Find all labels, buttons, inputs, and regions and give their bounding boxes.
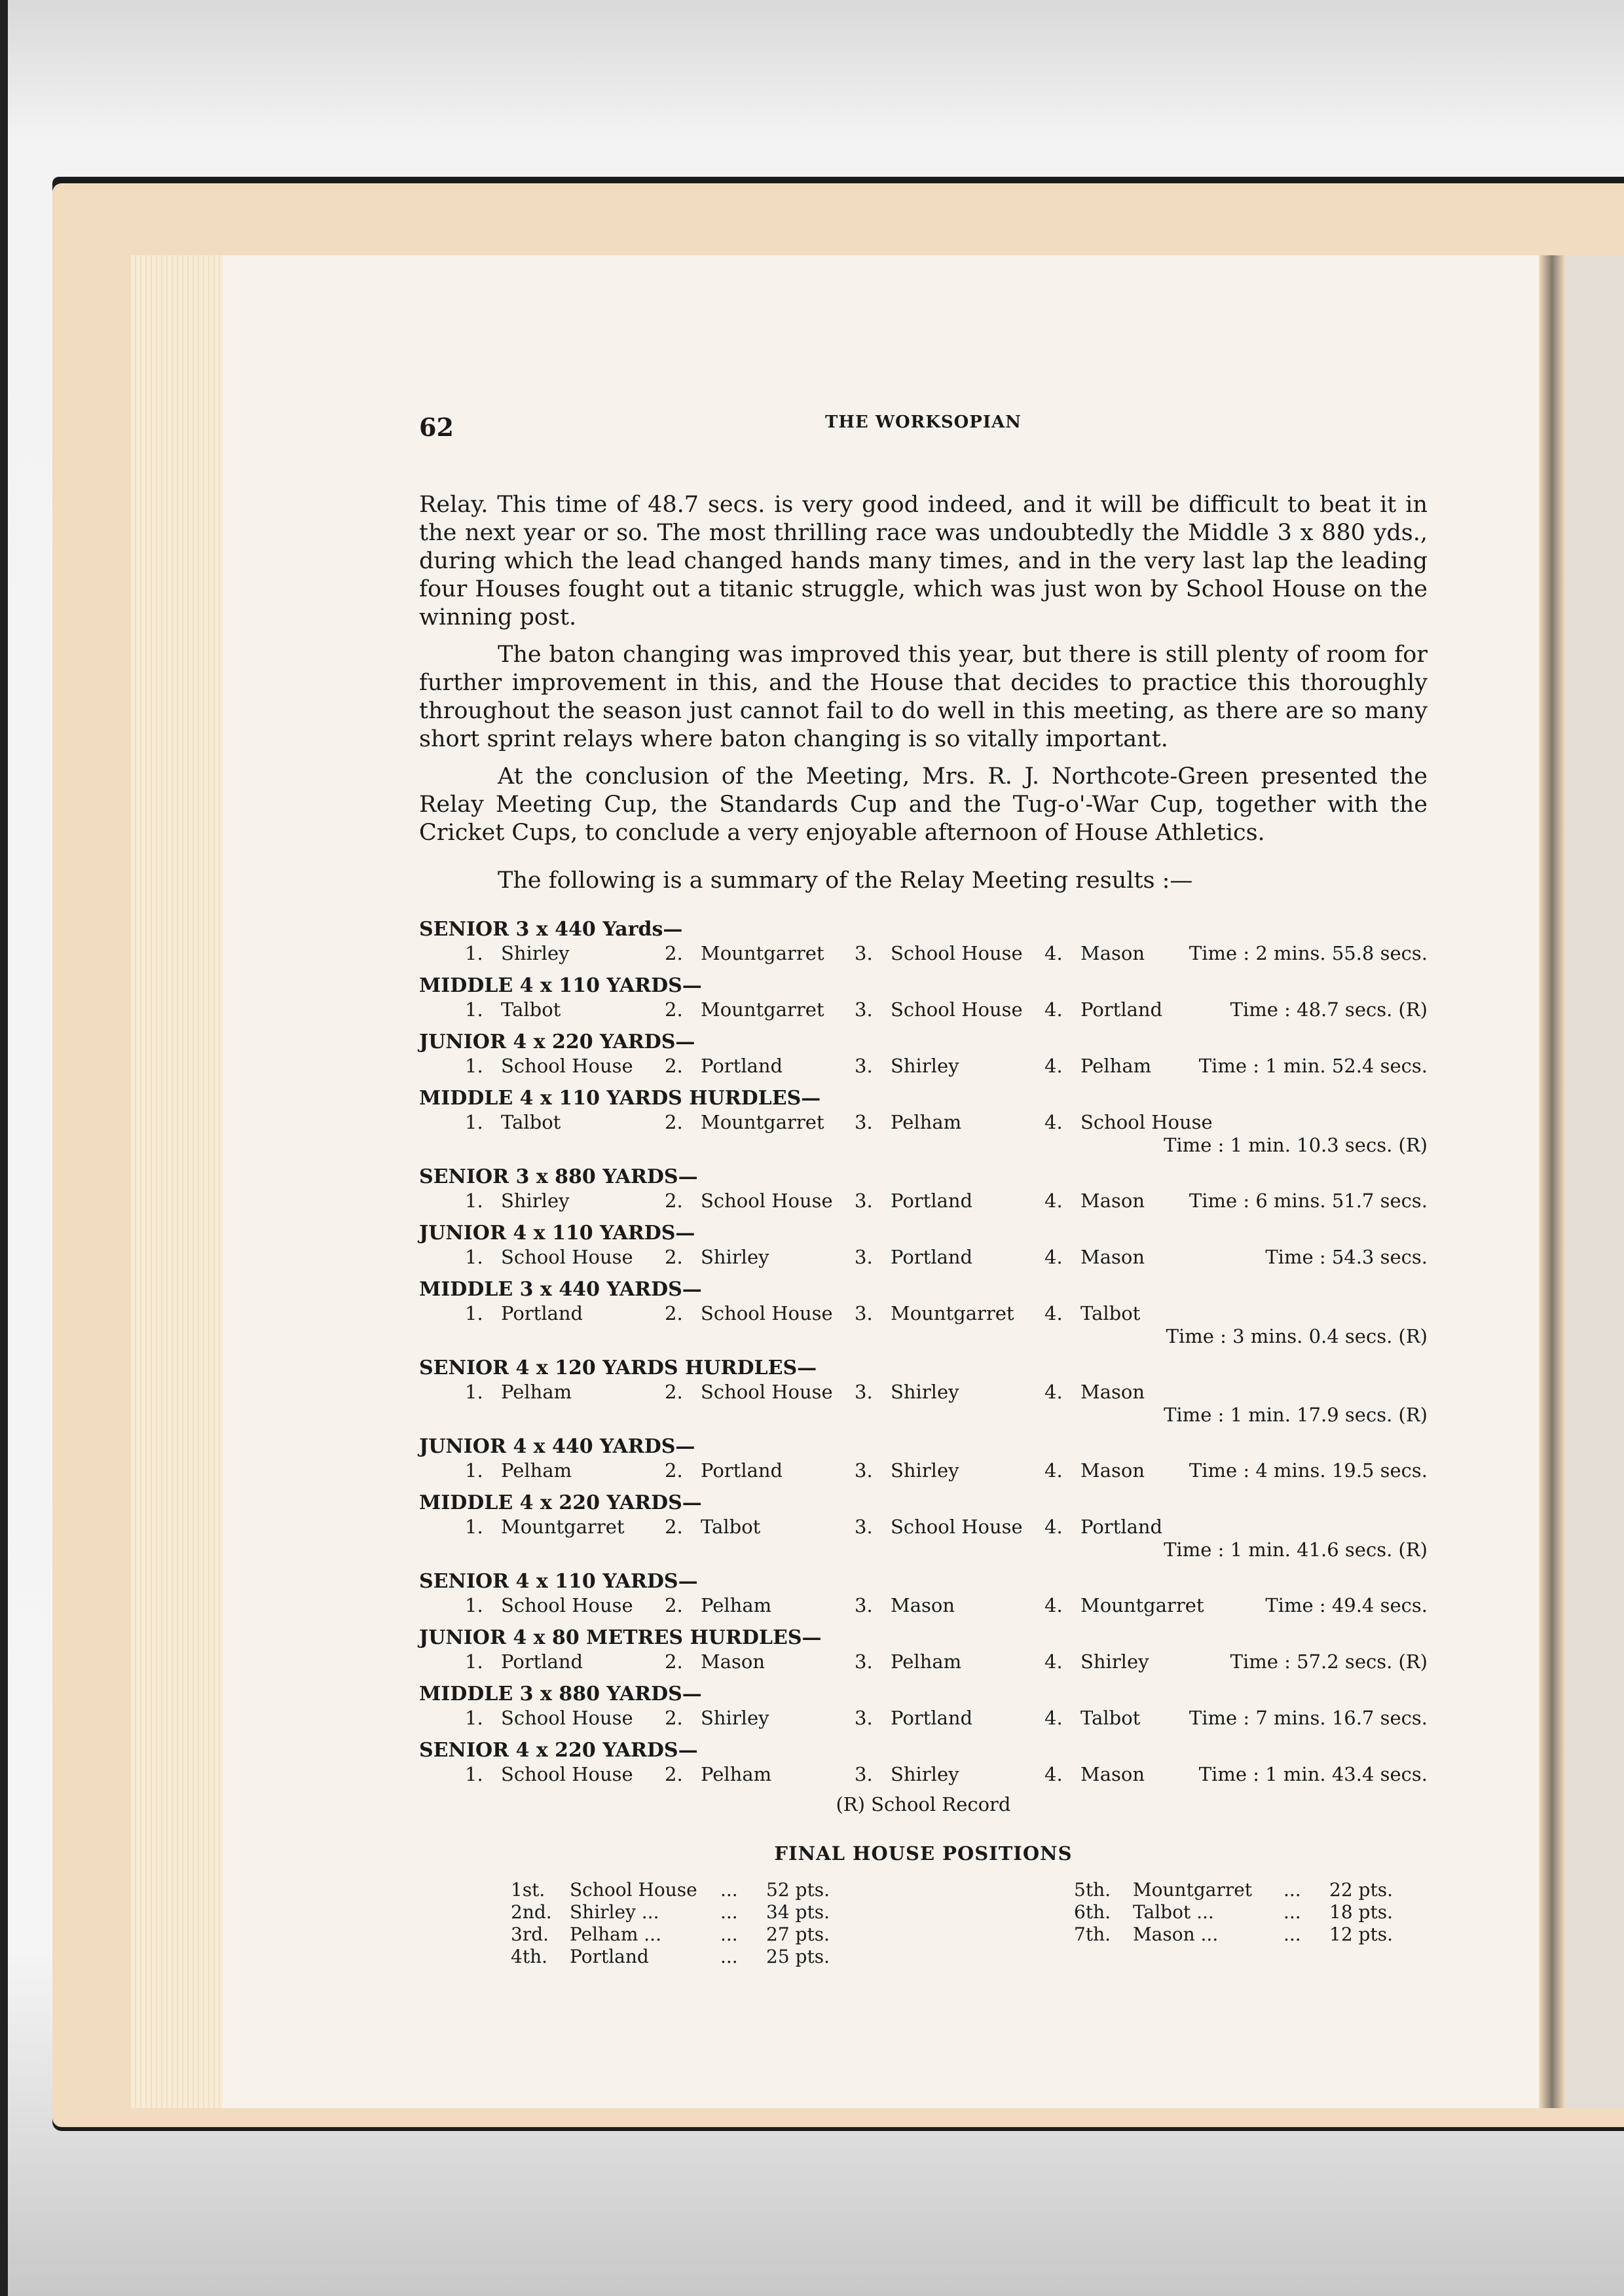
- position-label: 1.: [465, 1245, 501, 1269]
- placing: 3.Mountgarret: [855, 1302, 1044, 1325]
- running-head: 62 THE WORKSOPIAN: [419, 412, 1428, 452]
- running-title: THE WORKSOPIAN: [419, 412, 1428, 432]
- event-placings: 1.Shirley2.School House3.Portland4.Mason…: [419, 1189, 1428, 1212]
- position-label: 4.: [1044, 1054, 1080, 1078]
- placing: 2.Mountgarret: [665, 998, 855, 1021]
- event-title: MIDDLE 3 x 880 YARDS—: [419, 1683, 1428, 1706]
- event-time: Time : 1 min. 52.4 secs.: [1199, 1054, 1428, 1078]
- house-name: Shirley: [891, 1055, 959, 1077]
- position-label: 3.: [855, 1650, 891, 1673]
- house-name: Mountgarret: [501, 1516, 625, 1538]
- page-stack-edges: [131, 255, 223, 2108]
- relay-event: SENIOR 3 x 880 YARDS— 1.Shirley2.School …: [419, 1165, 1428, 1212]
- placing: 4.ShirleyTime : 57.2 secs. (R): [1044, 1650, 1428, 1673]
- relay-event: MIDDLE 4 x 220 YARDS— 1.Mountgarret2.Tal…: [419, 1491, 1428, 1561]
- house-name: Mountgarret: [1080, 1594, 1204, 1616]
- placing: 1.Talbot: [465, 998, 665, 1021]
- position-label: 1.: [465, 1380, 501, 1404]
- house-name: Talbot: [1080, 1302, 1140, 1324]
- house-name: School House: [1080, 1111, 1213, 1133]
- paragraph: Relay. This time of 48.7 secs. is very g…: [419, 491, 1428, 632]
- position-label: 2.: [665, 1515, 701, 1539]
- relay-event: SENIOR 4 x 120 YARDS HURDLES— 1.Pelham2.…: [419, 1357, 1428, 1426]
- event-title: MIDDLE 4 x 110 YARDS—: [419, 974, 1428, 998]
- position-label: 4.: [1044, 1515, 1080, 1539]
- placing: 4.MasonTime : 54.3 secs.: [1044, 1245, 1428, 1269]
- placing: 2.School House: [665, 1302, 855, 1325]
- house-name: Talbot: [701, 1516, 760, 1538]
- position-label: 2.: [665, 1110, 701, 1134]
- house-name: Pelham: [1080, 1055, 1151, 1077]
- house-name: Mason: [1080, 1381, 1145, 1403]
- event-placings: 1.Talbot2.Mountgarret3.School House4.Por…: [419, 998, 1428, 1021]
- event-placings: 1.Mountgarret2.Talbot3.School House4.Por…: [419, 1515, 1428, 1539]
- event-time: Time : 2 mins. 55.8 secs.: [1189, 941, 1428, 965]
- relay-event: JUNIOR 4 x 80 METRES HURDLES— 1.Portland…: [419, 1626, 1428, 1673]
- event-time: Time : 4 mins. 19.5 secs.: [1189, 1459, 1428, 1482]
- event-placings: 1.School House2.Pelham3.Shirley4.MasonTi…: [419, 1762, 1428, 1786]
- house-name: School House: [501, 1707, 633, 1729]
- house-name: School House: [891, 1516, 1023, 1538]
- book-page: 62 THE WORKSOPIAN Relay. This time of 48…: [223, 255, 1539, 2108]
- relay-event: MIDDLE 3 x 440 YARDS— 1.Portland2.School…: [419, 1278, 1428, 1347]
- relay-event: JUNIOR 4 x 440 YARDS— 1.Pelham2.Portland…: [419, 1435, 1428, 1482]
- event-placings: 1.Portland2.Mason3.Pelham4.ShirleyTime :…: [419, 1650, 1428, 1673]
- event-title: MIDDLE 4 x 220 YARDS—: [419, 1491, 1428, 1515]
- event-placings: 1.Pelham2.Portland3.Shirley4.MasonTime :…: [419, 1459, 1428, 1482]
- position-label: 1.: [465, 1189, 501, 1212]
- house-name: Pelham: [701, 1763, 771, 1785]
- house-name: Talbot: [501, 998, 561, 1021]
- position-label: 1.: [465, 1762, 501, 1786]
- position-label: 2.: [665, 1459, 701, 1482]
- position-label: 1.: [465, 1110, 501, 1134]
- position-label: 1.: [465, 1302, 501, 1325]
- house-name: Portland: [501, 1302, 583, 1324]
- placing: 2.Pelham: [665, 1762, 855, 1786]
- relay-event: MIDDLE 4 x 110 YARDS— 1.Talbot2.Mountgar…: [419, 974, 1428, 1021]
- placing: 2.Mason: [665, 1650, 855, 1673]
- house-name: Portland: [501, 1650, 583, 1673]
- event-placings: 1.Portland2.School House3.Mountgarret4.T…: [419, 1302, 1428, 1325]
- placing: 2.School House: [665, 1189, 855, 1212]
- points: 18 pts.: [1329, 1901, 1421, 1923]
- house-name: Shirley: [891, 1763, 959, 1785]
- position-label: 3.: [855, 1245, 891, 1269]
- position-label: 3.: [855, 998, 891, 1021]
- event-placings: 1.Talbot2.Mountgarret3.Pelham4.School Ho…: [419, 1110, 1428, 1134]
- placing: 1.School House: [465, 1245, 665, 1269]
- position-label: 2.: [665, 1706, 701, 1730]
- placing: 4.Talbot: [1044, 1302, 1428, 1325]
- placing: 1.Talbot: [465, 1110, 665, 1134]
- rank: 4th.: [511, 1946, 570, 1968]
- placing: 2.Mountgarret: [665, 1110, 855, 1134]
- event-time: Time : 57.2 secs. (R): [1230, 1650, 1428, 1673]
- position-label: 2.: [665, 1380, 701, 1404]
- position-label: 4.: [1044, 1110, 1080, 1134]
- final-position-row: 7th. Mason ... ... 12 pts.: [1074, 1923, 1421, 1946]
- rank: 1st.: [511, 1879, 570, 1901]
- house-name: School House: [570, 1879, 720, 1901]
- position-label: 3.: [855, 1762, 891, 1786]
- placing: 2.Talbot: [665, 1515, 855, 1539]
- house-name: Portland: [891, 1246, 972, 1268]
- house-name: Shirley: [501, 1190, 570, 1212]
- event-time: Time : 1 min. 41.6 secs. (R): [419, 1539, 1428, 1561]
- final-position-row: 1st. School House ... 52 pts.: [511, 1879, 858, 1901]
- placing: 3.School House: [855, 998, 1044, 1021]
- final-positions: 1st. School House ... 52 pts.2nd. Shirle…: [419, 1879, 1428, 1968]
- event-time: Time : 49.4 secs.: [1265, 1594, 1428, 1617]
- placing: 3.Shirley: [855, 1380, 1044, 1404]
- position-label: 1.: [465, 1706, 501, 1730]
- position-label: 3.: [855, 1706, 891, 1730]
- position-label: 4.: [1044, 998, 1080, 1021]
- leader-dots: ...: [1283, 1923, 1329, 1946]
- house-name: Talbot ...: [1133, 1901, 1283, 1923]
- rank: 7th.: [1074, 1923, 1133, 1946]
- placing: 4.Portland: [1044, 1515, 1428, 1539]
- placing: 2.Shirley: [665, 1245, 855, 1269]
- final-positions-left: 1st. School House ... 52 pts.2nd. Shirle…: [511, 1879, 858, 1968]
- final-position-row: 5th. Mountgarret ... 22 pts.: [1074, 1879, 1421, 1901]
- position-label: 4.: [1044, 1459, 1080, 1482]
- rank: 6th.: [1074, 1901, 1133, 1923]
- relay-results: SENIOR 3 x 440 Yards— 1.Shirley2.Mountga…: [419, 918, 1428, 1786]
- house-name: Mason: [891, 1594, 955, 1616]
- placing: 1.School House: [465, 1706, 665, 1730]
- position-label: 4.: [1044, 1245, 1080, 1269]
- position-label: 4.: [1044, 1380, 1080, 1404]
- final-position-row: 4th. Portland ... 25 pts.: [511, 1946, 858, 1968]
- event-placings: 1.School House2.Portland3.Shirley4.Pelha…: [419, 1054, 1428, 1078]
- house-name: Talbot: [1080, 1707, 1140, 1729]
- event-title: JUNIOR 4 x 220 YARDS—: [419, 1030, 1428, 1054]
- house-name: School House: [501, 1055, 633, 1077]
- event-placings: 1.Shirley2.Mountgarret3.School House4.Ma…: [419, 941, 1428, 965]
- house-name: School House: [701, 1381, 833, 1403]
- points: 52 pts.: [766, 1879, 858, 1901]
- relay-event: SENIOR 4 x 220 YARDS— 1.School House2.Pe…: [419, 1739, 1428, 1786]
- position-label: 2.: [665, 998, 701, 1021]
- placing: 4.School House: [1044, 1110, 1428, 1134]
- event-title: MIDDLE 3 x 440 YARDS—: [419, 1278, 1428, 1302]
- position-label: 2.: [665, 1594, 701, 1617]
- leader-dots: ...: [1283, 1901, 1329, 1923]
- position-label: 2.: [665, 1189, 701, 1212]
- event-placings: 1.Pelham2.School House3.Shirley4.Mason: [419, 1380, 1428, 1404]
- position-label: 4.: [1044, 1650, 1080, 1673]
- house-name: Mason ...: [1133, 1923, 1283, 1946]
- position-label: 4.: [1044, 1762, 1080, 1786]
- placing: 4.PelhamTime : 1 min. 52.4 secs.: [1044, 1054, 1428, 1078]
- position-label: 1.: [465, 1594, 501, 1617]
- placing: 3.School House: [855, 941, 1044, 965]
- placing: 4.PortlandTime : 48.7 secs. (R): [1044, 998, 1428, 1021]
- house-name: Mason: [701, 1650, 765, 1673]
- placing: 4.MasonTime : 4 mins. 19.5 secs.: [1044, 1459, 1428, 1482]
- placing: 3.Pelham: [855, 1110, 1044, 1134]
- house-name: Pelham ...: [570, 1923, 720, 1946]
- position-label: 4.: [1044, 1594, 1080, 1617]
- placing: 4.MasonTime : 1 min. 43.4 secs.: [1044, 1762, 1428, 1786]
- house-name: School House: [891, 998, 1023, 1021]
- event-time: Time : 3 mins. 0.4 secs. (R): [419, 1325, 1428, 1347]
- position-label: 2.: [665, 941, 701, 965]
- event-title: JUNIOR 4 x 110 YARDS—: [419, 1222, 1428, 1245]
- placing: 2.Portland: [665, 1054, 855, 1078]
- placing: 2.Pelham: [665, 1594, 855, 1617]
- leader-dots: ...: [720, 1923, 766, 1946]
- position-label: 1.: [465, 1650, 501, 1673]
- house-name: Portland: [701, 1055, 783, 1077]
- event-time: Time : 54.3 secs.: [1265, 1245, 1428, 1269]
- placing: 1.School House: [465, 1762, 665, 1786]
- placing: 2.Mountgarret: [665, 941, 855, 965]
- leader-dots: ...: [720, 1946, 766, 1968]
- rank: 2nd.: [511, 1901, 570, 1923]
- event-placings: 1.School House2.Shirley3.Portland4.Mason…: [419, 1245, 1428, 1269]
- rank: 3rd.: [511, 1923, 570, 1946]
- house-name: School House: [501, 1763, 633, 1785]
- placing: 4.Mason: [1044, 1380, 1428, 1404]
- results-intro: The following is a summary of the Relay …: [419, 867, 1428, 895]
- event-title: JUNIOR 4 x 80 METRES HURDLES—: [419, 1626, 1428, 1650]
- house-name: School House: [891, 942, 1023, 964]
- house-name: Shirley: [701, 1707, 769, 1729]
- position-label: 3.: [855, 1594, 891, 1617]
- points: 22 pts.: [1329, 1879, 1421, 1901]
- house-name: Pelham: [891, 1650, 961, 1673]
- event-title: SENIOR 4 x 110 YARDS—: [419, 1570, 1428, 1594]
- position-label: 3.: [855, 1189, 891, 1212]
- house-name: Pelham: [701, 1594, 771, 1616]
- page-content: 62 THE WORKSOPIAN Relay. This time of 48…: [419, 412, 1428, 1968]
- position-label: 1.: [465, 941, 501, 965]
- relay-event: JUNIOR 4 x 220 YARDS— 1.School House2.Po…: [419, 1030, 1428, 1078]
- placing: 1.Pelham: [465, 1459, 665, 1482]
- house-name: Mountgarret: [701, 942, 824, 964]
- event-title: SENIOR 4 x 220 YARDS—: [419, 1739, 1428, 1762]
- house-name: Mason: [1080, 942, 1145, 964]
- position-label: 2.: [665, 1245, 701, 1269]
- event-placings: 1.School House2.Pelham3.Mason4.Mountgarr…: [419, 1594, 1428, 1617]
- relay-event: SENIOR 4 x 110 YARDS— 1.School House2.Pe…: [419, 1570, 1428, 1617]
- position-label: 1.: [465, 998, 501, 1021]
- position-label: 3.: [855, 1459, 891, 1482]
- house-name: School House: [701, 1190, 833, 1212]
- house-name: Portland: [891, 1190, 972, 1212]
- placing: 3.Portland: [855, 1245, 1044, 1269]
- position-label: 3.: [855, 941, 891, 965]
- final-positions-title: FINAL HOUSE POSITIONS: [419, 1842, 1428, 1865]
- house-name: Shirley: [501, 942, 570, 964]
- position-label: 3.: [855, 1515, 891, 1539]
- event-time: Time : 1 min. 43.4 secs.: [1199, 1762, 1428, 1786]
- facing-page: [1565, 255, 1624, 2108]
- placing: 1.Pelham: [465, 1380, 665, 1404]
- position-label: 3.: [855, 1110, 891, 1134]
- placing: 3.Pelham: [855, 1650, 1044, 1673]
- position-label: 1.: [465, 1054, 501, 1078]
- house-name: Portland: [570, 1946, 720, 1968]
- event-title: MIDDLE 4 x 110 YARDS HURDLES—: [419, 1087, 1428, 1110]
- house-name: Shirley: [891, 1459, 959, 1482]
- relay-event: MIDDLE 4 x 110 YARDS HURDLES— 1.Talbot2.…: [419, 1087, 1428, 1156]
- final-positions-right: 5th. Mountgarret ... 22 pts.6th. Talbot …: [1074, 1879, 1421, 1968]
- leader-dots: ...: [1283, 1879, 1329, 1901]
- relay-event: SENIOR 3 x 440 Yards— 1.Shirley2.Mountga…: [419, 918, 1428, 965]
- placing: 2.Portland: [665, 1459, 855, 1482]
- house-name: Portland: [891, 1707, 972, 1729]
- event-placings: 1.School House2.Shirley3.Portland4.Talbo…: [419, 1706, 1428, 1730]
- event-title: SENIOR 4 x 120 YARDS HURDLES—: [419, 1357, 1428, 1380]
- house-name: Mason: [1080, 1459, 1145, 1482]
- house-name: Portland: [1080, 998, 1162, 1021]
- position-label: 3.: [855, 1380, 891, 1404]
- placing: 4.MountgarretTime : 49.4 secs.: [1044, 1594, 1428, 1617]
- house-name: School House: [501, 1246, 633, 1268]
- event-title: SENIOR 3 x 880 YARDS—: [419, 1165, 1428, 1189]
- house-name: Mountgarret: [701, 1111, 824, 1133]
- placing: 2.Shirley: [665, 1706, 855, 1730]
- relay-event: MIDDLE 3 x 880 YARDS— 1.School House2.Sh…: [419, 1683, 1428, 1730]
- event-title: JUNIOR 4 x 440 YARDS—: [419, 1435, 1428, 1459]
- placing: 1.Shirley: [465, 1189, 665, 1212]
- placing: 3.Shirley: [855, 1459, 1044, 1482]
- placing: 1.School House: [465, 1594, 665, 1617]
- position-label: 2.: [665, 1762, 701, 1786]
- position-label: 2.: [665, 1054, 701, 1078]
- house-name: Portland: [701, 1459, 783, 1482]
- house-name: School House: [501, 1594, 633, 1616]
- position-label: 2.: [665, 1650, 701, 1673]
- house-name: Mountgarret: [1133, 1879, 1283, 1901]
- event-time: Time : 1 min. 17.9 secs. (R): [419, 1404, 1428, 1426]
- gutter-shadow: [1539, 255, 1565, 2108]
- placing: 3.Shirley: [855, 1054, 1044, 1078]
- record-legend: (R) School Record: [419, 1793, 1428, 1816]
- placing: 3.Shirley: [855, 1762, 1044, 1786]
- rank: 5th.: [1074, 1879, 1133, 1901]
- house-name: Talbot: [501, 1111, 561, 1133]
- event-time: Time : 6 mins. 51.7 secs.: [1189, 1189, 1428, 1212]
- position-label: 4.: [1044, 1302, 1080, 1325]
- event-title: SENIOR 3 x 440 Yards—: [419, 918, 1428, 941]
- paragraph: The baton changing was improved this yea…: [419, 641, 1428, 754]
- placing: 1.Shirley: [465, 941, 665, 965]
- position-label: 3.: [855, 1302, 891, 1325]
- paragraph: At the conclusion of the Meeting, Mrs. R…: [419, 763, 1428, 847]
- house-name: Shirley: [891, 1381, 959, 1403]
- placing: 4.MasonTime : 6 mins. 51.7 secs.: [1044, 1189, 1428, 1212]
- house-name: Mason: [1080, 1190, 1145, 1212]
- placing: 1.Portland: [465, 1650, 665, 1673]
- placing: 4.MasonTime : 2 mins. 55.8 secs.: [1044, 941, 1428, 965]
- final-position-row: 3rd. Pelham ... ... 27 pts.: [511, 1923, 858, 1946]
- placing: 4.TalbotTime : 7 mins. 16.7 secs.: [1044, 1706, 1428, 1730]
- house-name: Shirley: [701, 1246, 769, 1268]
- placing: 3.Mason: [855, 1594, 1044, 1617]
- house-name: Shirley ...: [570, 1901, 720, 1923]
- placing: 1.School House: [465, 1054, 665, 1078]
- position-label: 2.: [665, 1302, 701, 1325]
- house-name: Pelham: [501, 1381, 572, 1403]
- points: 34 pts.: [766, 1901, 858, 1923]
- leader-dots: ...: [720, 1879, 766, 1901]
- position-label: 1.: [465, 1515, 501, 1539]
- placing: 1.Portland: [465, 1302, 665, 1325]
- points: 12 pts.: [1329, 1923, 1421, 1946]
- event-time: Time : 1 min. 10.3 secs. (R): [419, 1134, 1428, 1156]
- event-time: Time : 48.7 secs. (R): [1230, 998, 1428, 1021]
- house-name: Mason: [1080, 1763, 1145, 1785]
- position-label: 4.: [1044, 1189, 1080, 1212]
- points: 27 pts.: [766, 1923, 858, 1946]
- position-label: 1.: [465, 1459, 501, 1482]
- placing: 2.School House: [665, 1380, 855, 1404]
- event-time: Time : 7 mins. 16.7 secs.: [1189, 1706, 1428, 1730]
- position-label: 4.: [1044, 941, 1080, 965]
- placing: 3.Portland: [855, 1706, 1044, 1730]
- final-position-row: 6th. Talbot ... ... 18 pts.: [1074, 1901, 1421, 1923]
- placing: 1.Mountgarret: [465, 1515, 665, 1539]
- house-name: Shirley: [1080, 1650, 1149, 1673]
- placing: 3.Portland: [855, 1189, 1044, 1212]
- house-name: Portland: [1080, 1516, 1162, 1538]
- house-name: Pelham: [891, 1111, 961, 1133]
- relay-event: JUNIOR 4 x 110 YARDS— 1.School House2.Sh…: [419, 1222, 1428, 1269]
- house-name: Mason: [1080, 1246, 1145, 1268]
- position-label: 3.: [855, 1054, 891, 1078]
- position-label: 4.: [1044, 1706, 1080, 1730]
- house-name: School House: [701, 1302, 833, 1324]
- placing: 3.School House: [855, 1515, 1044, 1539]
- house-name: Pelham: [501, 1459, 572, 1482]
- house-name: Mountgarret: [891, 1302, 1014, 1324]
- final-position-row: 2nd. Shirley ... ... 34 pts.: [511, 1901, 858, 1923]
- scanner-edge: [0, 0, 8, 2296]
- house-name: Mountgarret: [701, 998, 824, 1021]
- leader-dots: ...: [720, 1901, 766, 1923]
- points: 25 pts.: [766, 1946, 858, 1968]
